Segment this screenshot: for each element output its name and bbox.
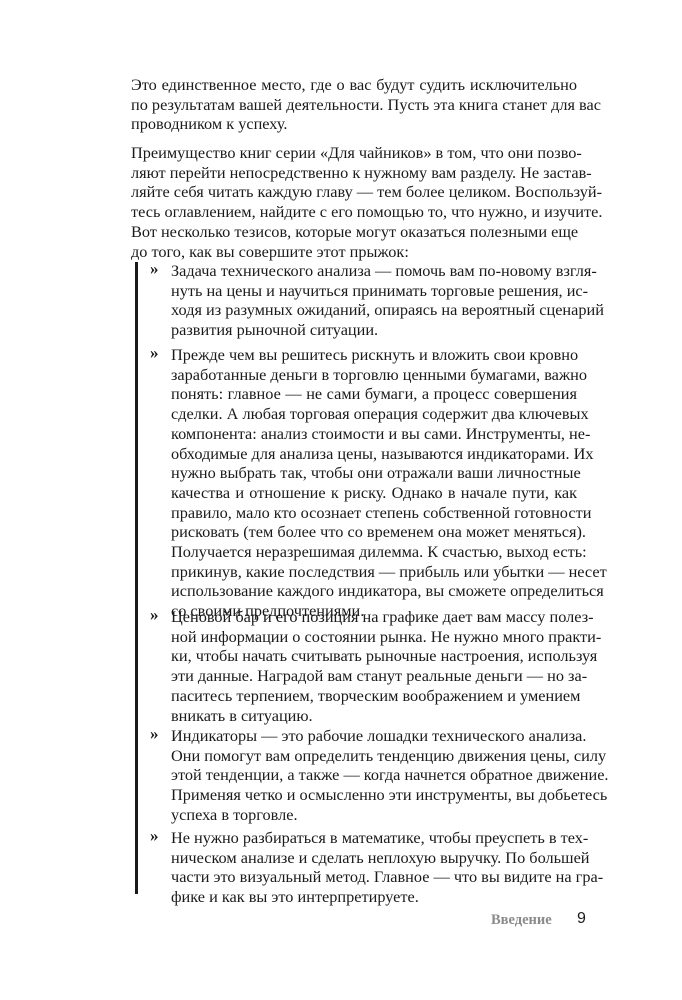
sidebar-rule	[135, 262, 138, 894]
intro-paragraph-1: Это единственное место, где о вас будут …	[131, 75, 577, 134]
text-line: Не нужно разбираться в математике, чтобы…	[171, 828, 577, 848]
text-line: части это визуальный метод. Главное — чт…	[171, 867, 577, 887]
book-page: Это единственное место, где о вас будут …	[0, 0, 682, 1000]
text-line: ки, чтобы начать считывать рыночные наст…	[171, 646, 577, 666]
text-line: Это единственное место, где о вас будут …	[131, 75, 577, 95]
text-line: ляйте себя читать каждую главу — тем бол…	[131, 182, 577, 202]
text-line: ническом анализе и сделать неплохую выру…	[171, 848, 577, 868]
bullet-chevron-icon: »	[150, 826, 159, 846]
bullet-chevron-icon: »	[150, 259, 159, 279]
bullet-chevron-icon: »	[150, 724, 159, 744]
text-line: ной информации о состоянии рынка. Не нуж…	[171, 627, 577, 647]
text-line: сделки. А любая торговая операция содерж…	[171, 404, 577, 424]
text-line: эти данные. Наградой вам станут реальные…	[171, 666, 577, 686]
text-line: успеха в торговле.	[171, 805, 577, 825]
text-line: Получается неразрешимая дилемма. К счаст…	[171, 542, 577, 562]
text-line: развития рыночной ситуации.	[171, 320, 577, 340]
text-line: правило, мало кто осознает степень собст…	[171, 503, 577, 523]
text-line: вникать в ситуацию.	[171, 706, 577, 726]
text-line: Прежде чем вы решитесь рискнуть и вложит…	[171, 345, 577, 365]
text-line: проводником к успеху.	[131, 114, 577, 134]
text-line: Применяя четко и осмысленно эти инструме…	[171, 785, 577, 805]
text-line: этой тенденции, а также — когда начнется…	[171, 765, 577, 785]
bullet-chevron-icon: »	[150, 343, 159, 363]
intro-paragraph-2: Преимущество книг серии «Для чайников» в…	[131, 143, 577, 261]
text-line: ходя из разумных ожиданий, опираясь на в…	[171, 300, 577, 320]
text-line: фике и как вы это интерпретируете.	[171, 887, 577, 907]
text-line: компонента: анализ стоимости и вы сами. …	[171, 424, 577, 444]
text-line: ляют перейти непосредственно к нужному в…	[131, 163, 577, 183]
text-line: рисковать (тем более что со временем она…	[171, 522, 577, 542]
text-line: Преимущество книг серии «Для чайников» в…	[131, 143, 577, 163]
text-line: Индикаторы — это рабочие лошадки техниче…	[171, 726, 577, 746]
text-line: тесь оглавлением, найдите с его помощью …	[131, 202, 577, 222]
text-line: заработанные деньги в торговлю ценными б…	[171, 365, 577, 385]
text-line: Они помогут вам определить тенденцию дви…	[171, 746, 577, 766]
running-footer-section: Введение	[491, 912, 552, 929]
text-line: Ценовой бар и его позиция на графике дае…	[171, 607, 577, 627]
text-line: понять: главное — не сами бумаги, а проц…	[171, 384, 577, 404]
text-line: Задача технического анализа — помочь вам…	[171, 261, 577, 281]
text-line: нуть на цены и научиться принимать торго…	[171, 281, 577, 301]
text-line: прикинув, какие последствия — прибыль ил…	[171, 562, 577, 582]
text-line: до того, как вы совершите этот прыжок:	[131, 242, 577, 262]
text-line: Вот несколько тезисов, которые могут ока…	[131, 222, 577, 242]
text-line: по результатам вашей деятельности. Пусть…	[131, 95, 577, 115]
text-line: паситесь терпением, творческим воображен…	[171, 686, 577, 706]
text-line: качества и отношение к риску. Однако в н…	[171, 483, 577, 503]
text-line: обходимые для анализа цены, называются и…	[171, 444, 577, 464]
text-line: нужно выбрать так, чтобы они отражали ва…	[171, 463, 577, 483]
bullet-chevron-icon: »	[150, 605, 159, 625]
page-number: 9	[577, 910, 586, 928]
text-line: использование каждого индикатора, вы смо…	[171, 581, 577, 601]
